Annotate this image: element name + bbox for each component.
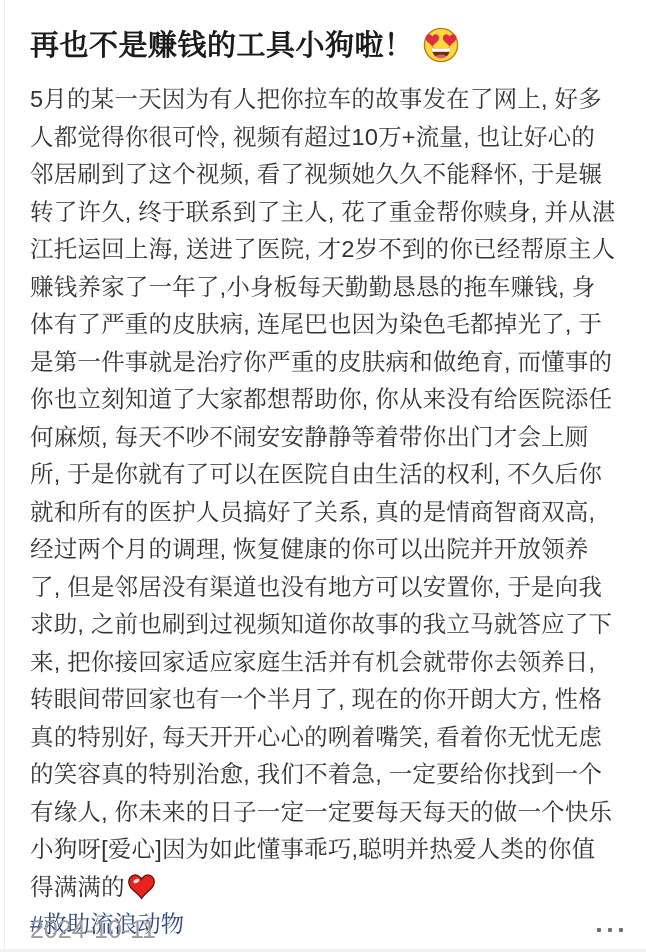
ellipsis-dot	[597, 928, 601, 932]
left-edge-divider	[4, 0, 5, 952]
post-footer: 2024-10-11	[30, 913, 625, 947]
red-heart-icon	[127, 873, 156, 900]
post-card: 再也不是赚钱的工具小狗啦！ 5月的某一天因为有人把你拉车的故事发在了网上, 好多…	[0, 0, 646, 944]
heart-eyes-emoji-icon	[423, 27, 459, 63]
ellipsis-dot	[608, 928, 612, 932]
post-title-text: 再也不是赚钱的工具小狗啦！	[30, 30, 414, 62]
more-options-button[interactable]	[595, 922, 625, 938]
post-body: 5月的某一天因为有人把你拉车的故事发在了网上, 好多人都觉得你很可怜, 视频有超…	[30, 81, 616, 906]
post-body-text: 5月的某一天因为有人把你拉车的故事发在了网上, 好多人都觉得你很可怜, 视频有超…	[30, 86, 615, 900]
post-date: 2024-10-11	[30, 916, 156, 945]
ellipsis-dot	[619, 928, 623, 932]
post-title: 再也不是赚钱的工具小狗啦！	[30, 25, 616, 67]
